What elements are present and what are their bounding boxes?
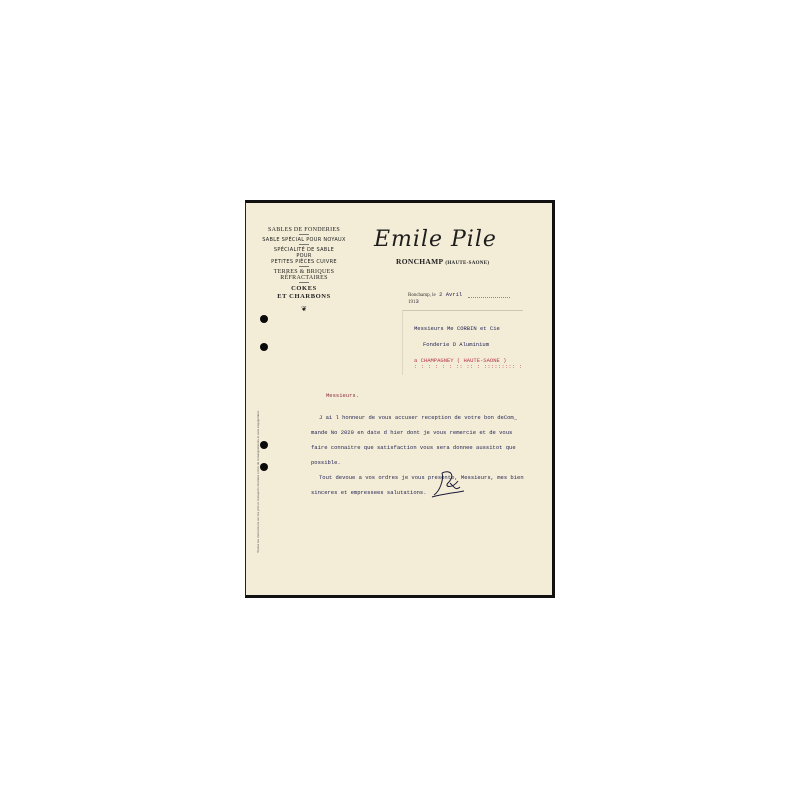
year-suffix: 3 [416, 298, 419, 305]
recipient-name: Messieurs Me CORBIN et Cie [414, 325, 500, 332]
letterhead-services: SABLES DE FONDERIES SABLE SPÉCIAL POUR N… [252, 227, 356, 313]
punch-hole [260, 343, 268, 351]
region-name: (HAUTE-SAONE) [445, 261, 489, 266]
margin-note: Toutes les instructions sur les prix et … [256, 323, 260, 553]
body-line: possible. [311, 455, 539, 470]
divider [299, 282, 309, 283]
company-city: RONCHAMP(HAUTE-SAONE) [396, 257, 489, 266]
punch-hole [260, 315, 268, 323]
body-line: mande No 2020 en date d hier dont je vou… [311, 425, 539, 440]
service-line: TERRES & BRIQUES RÉFRACTAIRES [252, 269, 356, 281]
ornament-icon: ❦ [252, 305, 356, 313]
recipient-location: a CHAMPAGNEY ( HAUTE-SAONE ) [414, 357, 506, 364]
letter-page: SABLES DE FONDERIES SABLE SPÉCIAL POUR N… [245, 200, 555, 598]
body-line: sinceres et empressees salutations. [311, 485, 539, 500]
city-name: RONCHAMP [396, 257, 443, 266]
divider [299, 234, 309, 235]
body-line: faire connaitre que satisfaction vous se… [311, 440, 539, 455]
punch-hole [260, 441, 268, 449]
divider [299, 244, 309, 245]
date-rule [468, 297, 510, 298]
body-line: J ai l honneur de vous accuser reception… [311, 410, 539, 425]
dateline: Ronchamp, le 2 Avril 1913 [408, 291, 523, 305]
recipient-underline: : : : : : : :: :: : ::::::::: : [414, 364, 523, 370]
service-line: ET CHARBONS [252, 293, 356, 301]
recipient-company: Fonderie D Aluminium [423, 341, 489, 348]
company-name: Emile Pile [374, 227, 497, 252]
date-value: 2 Avril [439, 291, 462, 298]
service-line: COKES [252, 285, 356, 293]
year-prefix: 191 [408, 300, 416, 305]
service-line: SABLES DE FONDERIES [252, 227, 356, 233]
letter-body: J ai l honneur de vous accuser reception… [311, 410, 539, 500]
service-line: PETITES PIÈCES CUIVRE [252, 259, 356, 265]
date-place-label: Ronchamp, le [408, 293, 436, 298]
punch-hole [260, 463, 268, 471]
body-line: Tout devoue a vos ordres je vous present… [311, 470, 539, 485]
salutation: Messieurs. [326, 392, 359, 399]
divider [299, 266, 309, 267]
signature-icon [430, 469, 470, 499]
service-line: SABLE SPÉCIAL POUR NOYAUX [252, 237, 356, 243]
